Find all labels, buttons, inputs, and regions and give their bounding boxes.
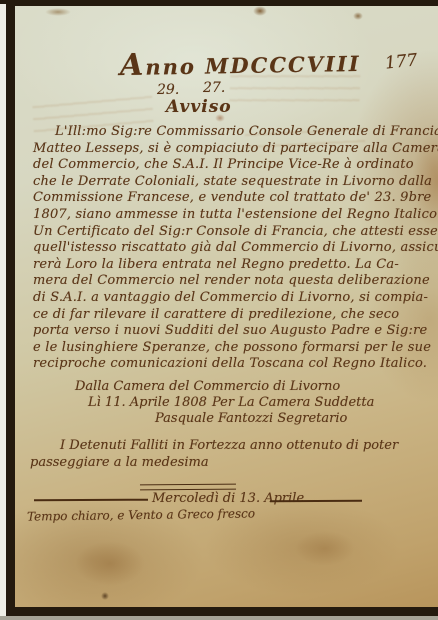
notice-line: che le Derrate Coloniali, state sequestr… <box>33 174 429 191</box>
second-notice-line: passeggiare a la medesima <box>30 455 209 470</box>
notice-line: di S.A.I. a vantaggio del Commercio di L… <box>33 290 429 307</box>
second-notice-line: I Detenuti Falliti in Fortezza anno otte… <box>60 438 398 453</box>
notice-line: Un Certificato del Sig:r Console di Fran… <box>33 224 429 241</box>
ink-stain <box>353 12 363 20</box>
entry-number-left: 29. <box>157 82 179 98</box>
entry-number-right: 27. <box>203 80 225 96</box>
notice-line: reciproche comunicazioni della Toscana c… <box>33 356 429 373</box>
notice-body: L'Ill:mo Sig:re Commissario Console Gene… <box>33 124 429 373</box>
notice-line: e le lusinghiere Speranze, che possono f… <box>33 340 429 357</box>
closing-date-line: Lì 11. Aprile 1808 <box>88 395 207 410</box>
section-title: Avviso <box>166 97 232 117</box>
paper-stain <box>101 592 109 600</box>
notice-line: ce di far rilevare il carattere di predi… <box>33 307 429 324</box>
ink-stain <box>253 6 267 16</box>
notice-line: mera del Commercio nel render nota quest… <box>33 273 429 290</box>
notice-line: del Commercio, che S.A.I. Il Principe Vi… <box>33 157 429 174</box>
notice-line: porta verso i nuovi Sudditi del suo Augu… <box>33 323 429 340</box>
manuscript-photo: Anno MDCCCVIII 177 29. 27. Avviso L'Ill:… <box>0 0 438 620</box>
paper-stain <box>75 541 145 586</box>
year-heading: Anno MDCCCVIII <box>120 44 361 83</box>
footer-date-heading: Mercoledì di 13. Aprile <box>152 491 304 506</box>
paper-stain <box>295 531 355 566</box>
notice-line: quell'istesso riscattato già dal Commerc… <box>33 240 429 257</box>
notice-line: Commissione Francese, e vendute col trat… <box>33 190 429 207</box>
notice-line: rerà Loro la libera entrata nel Regno pr… <box>33 257 429 274</box>
paper-stain <box>45 8 71 16</box>
notice-line: L'Ill:mo Sig:re Commissario Console Gene… <box>33 124 429 141</box>
signature-line: Pasquale Fantozzi Segretario <box>155 411 347 426</box>
notice-line: Matteo Lesseps, si è compiaciuto di part… <box>33 141 429 158</box>
page-number: 177 <box>384 50 418 73</box>
closing-place-line: Dalla Camera del Commercio di Livorno <box>75 379 340 394</box>
closing-authority-line: Per La Camera Suddetta <box>212 395 374 410</box>
scan-edge-bottom <box>0 616 438 620</box>
divider-double-rule <box>140 484 236 491</box>
notice-line: 1807, siano ammesse in tutta l'estension… <box>33 207 429 224</box>
scan-edge-white <box>0 4 6 616</box>
